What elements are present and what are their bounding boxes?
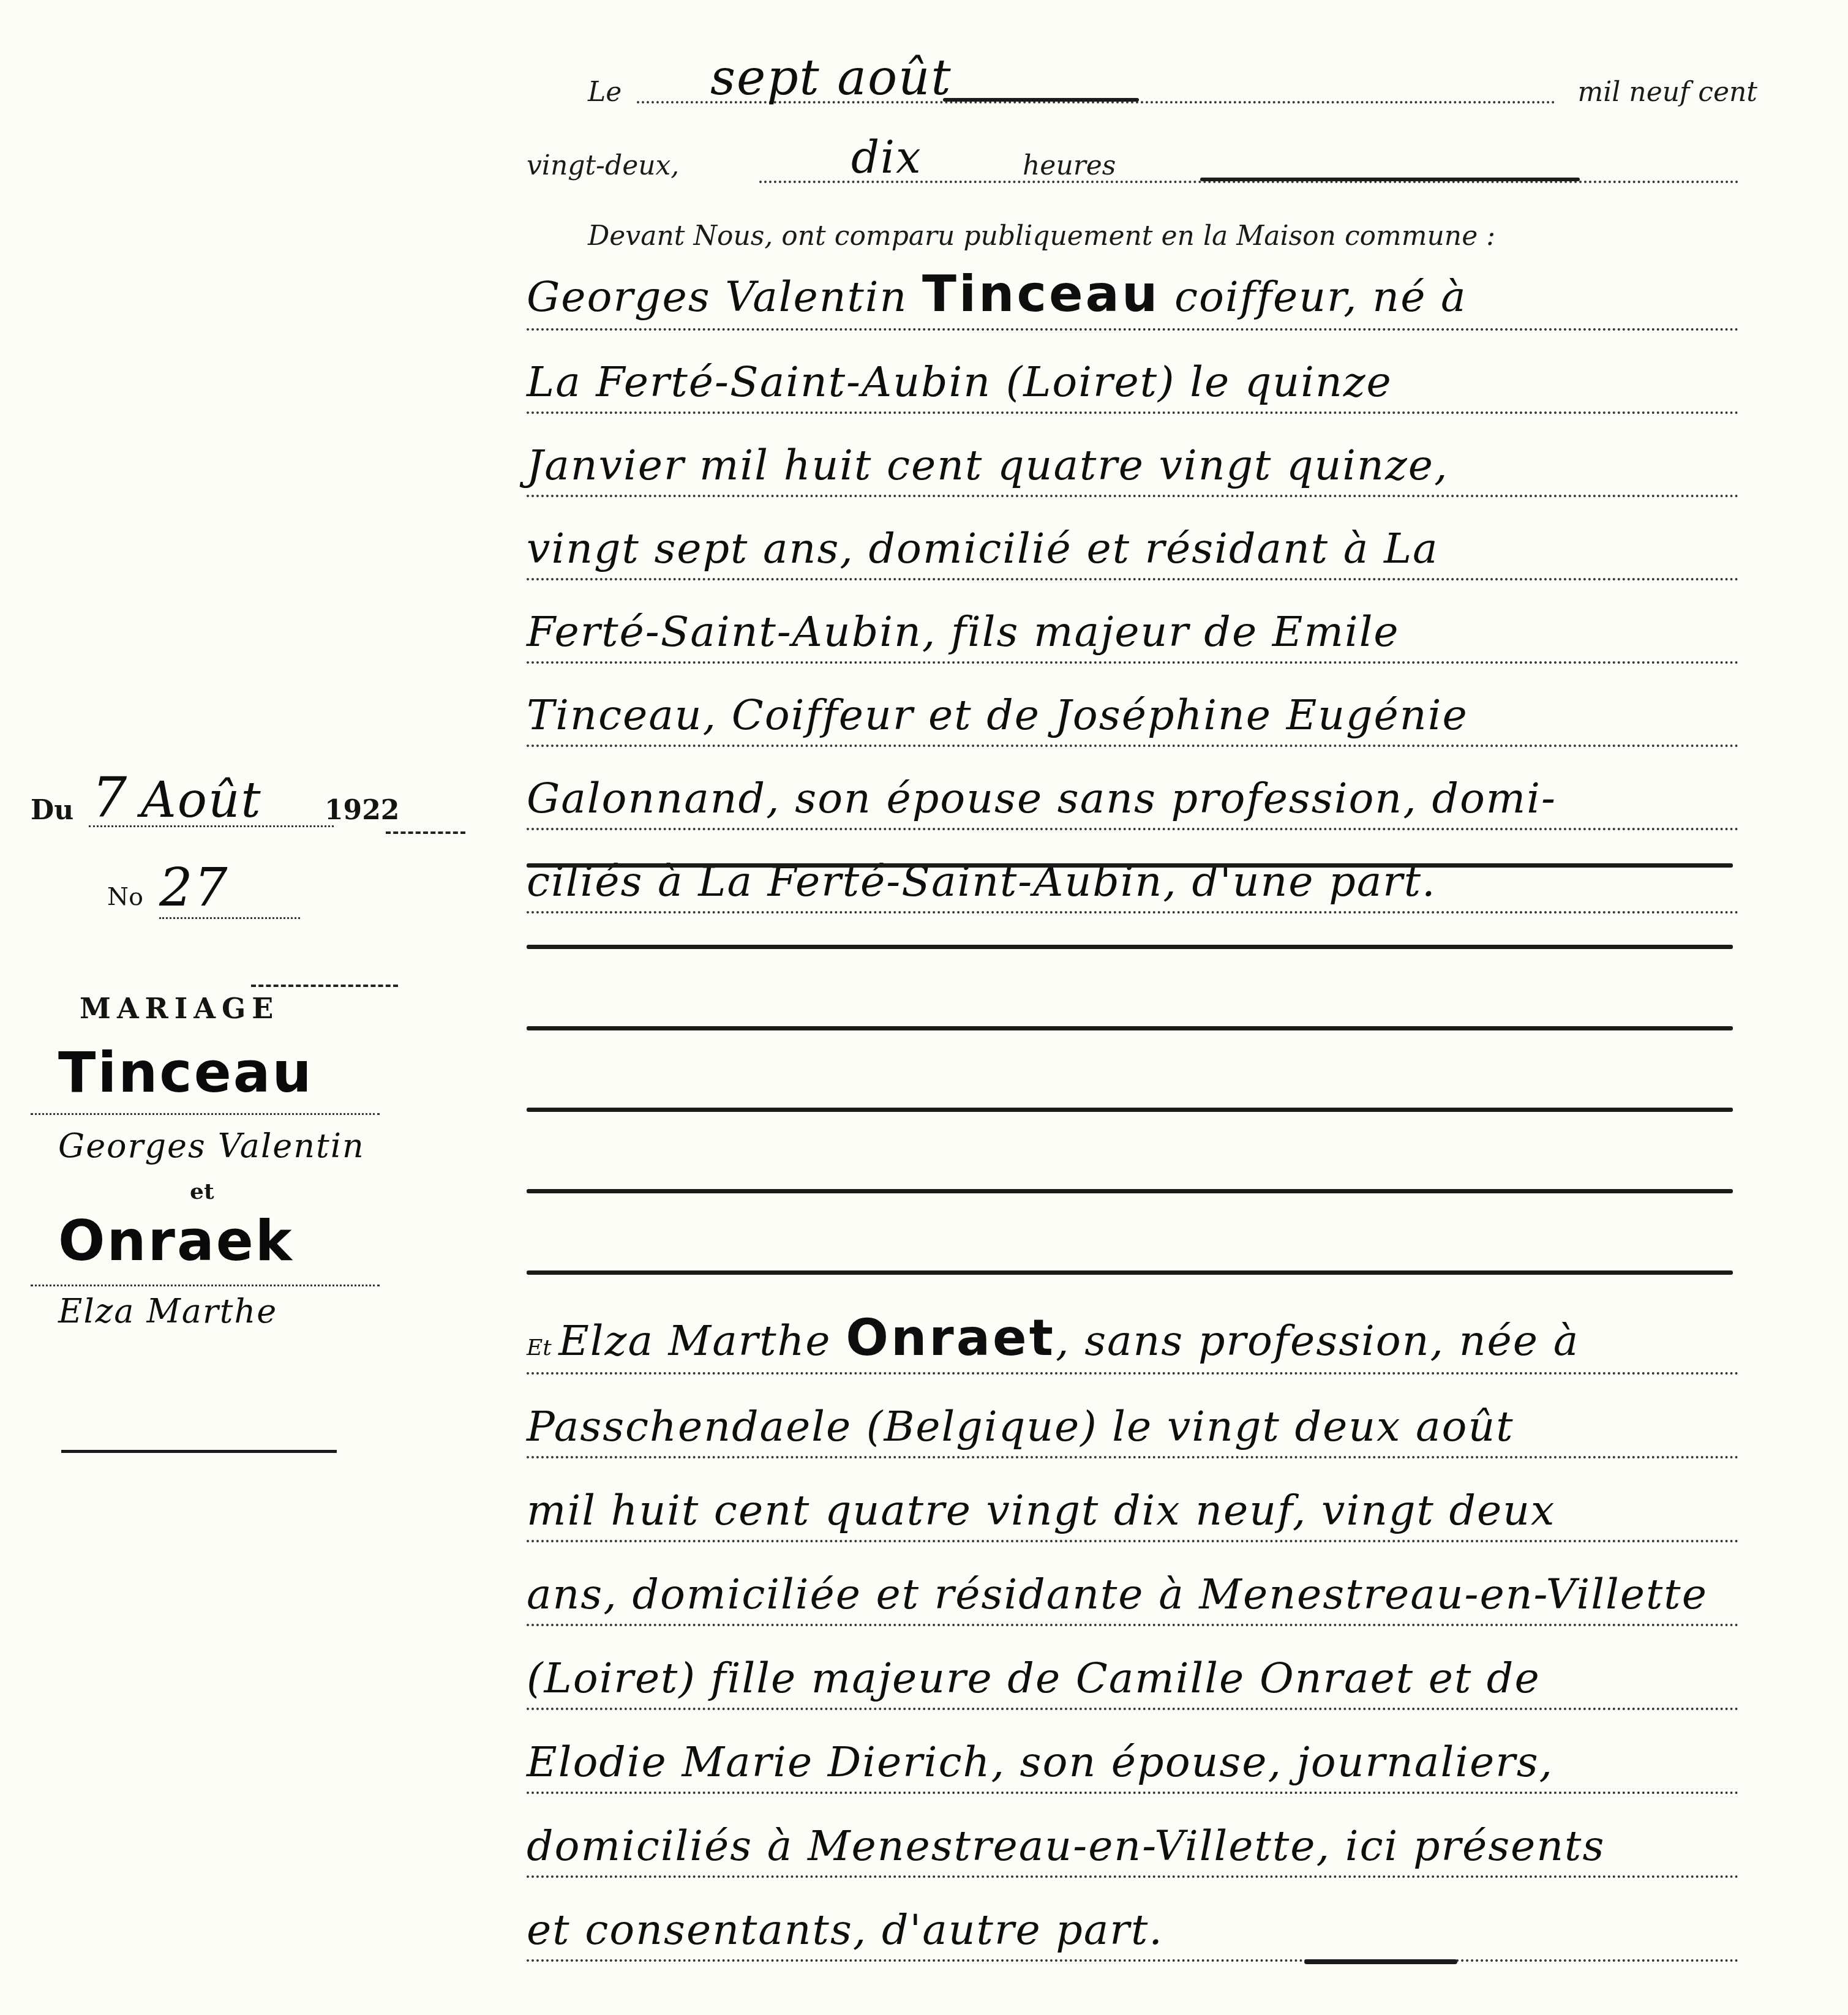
handwritten-line: ciliés à La Ferté-Saint-Aubin, d'une par… — [527, 840, 1739, 914]
fill-line — [527, 578, 1739, 580]
date-line: Le sept août mil neuf cent — [588, 49, 1751, 110]
fill-line — [527, 1372, 1739, 1375]
fill-line — [527, 1540, 1739, 1542]
year-prefix: mil neuf cent — [1577, 77, 1757, 108]
handwritten-line: Passchendaele (Belgique) le vingt deux a… — [527, 1385, 1739, 1458]
handwritten-line: et consentants, d'autre part. — [527, 1888, 1739, 1962]
handwritten-line: Et Elza Marthe Onraet, sans profession, … — [527, 1301, 1739, 1375]
handwritten-line: Galonnand, son épouse sans profession, d… — [527, 757, 1739, 830]
handwritten-line: Georges Valentin Tinceau coiffeur, né à — [527, 257, 1739, 331]
bride-given-names: Elza Marthe — [58, 1292, 277, 1330]
fill-line — [527, 1959, 1739, 1962]
hour-line: vingt-deux, dix heures — [527, 132, 1751, 193]
fill-line — [527, 1456, 1739, 1458]
act-number: No 27 — [107, 857, 321, 925]
closing-rule — [61, 1450, 337, 1453]
fill-line — [527, 1792, 1739, 1794]
fill-line — [527, 411, 1739, 414]
act-month: Août — [141, 771, 262, 828]
handwritten-line: mil huit cent quatre vingt dix neuf, vin… — [527, 1469, 1739, 1542]
strike-rule — [943, 98, 1139, 102]
act-type: MARIAGE — [80, 992, 279, 1025]
handwritten-line: La Ferté-Saint-Aubin (Loiret) le quinze — [527, 340, 1739, 414]
fill-line — [527, 1624, 1739, 1626]
handwritten-line: Elodie Marie Dierich, son épouse, journa… — [527, 1720, 1739, 1794]
strike-rule — [1200, 178, 1580, 181]
blank-rule — [527, 1108, 1733, 1112]
hours-label: heures — [1023, 150, 1116, 181]
margin-summary: Du 7 Août 1922 No 27 MARIAGE Tinceau Geo… — [0, 0, 490, 2015]
no-label: No — [107, 883, 143, 911]
et-label: et — [190, 1179, 214, 1204]
act-year: 1922 — [325, 795, 399, 826]
fill-line — [527, 495, 1739, 497]
fill-line — [527, 745, 1739, 747]
blank-rule — [527, 1270, 1733, 1275]
act-date: Du 7 Août 1922 — [31, 765, 459, 839]
handwritten-line: ans, domiciliée et résidante à Menestrea… — [527, 1553, 1739, 1626]
date-written: sept août — [710, 49, 952, 106]
surname: Onraet — [846, 1309, 1056, 1367]
intro-text: Devant Nous, ont comparu publiquement en… — [588, 220, 1495, 252]
year-suffix: vingt-deux, — [527, 150, 679, 181]
act-day: 7 — [92, 765, 128, 830]
dash-rule — [251, 985, 398, 987]
handwritten-line: Ferté-Saint-Aubin, fils majeur de Emile — [527, 590, 1739, 664]
fill-line — [527, 661, 1739, 664]
dash-rule — [386, 831, 465, 834]
le-label: Le — [588, 77, 622, 108]
blank-rule — [527, 945, 1733, 949]
handwritten-line: (Loiret) fille majeure de Camille Onraet… — [527, 1637, 1739, 1710]
register-entry: Le sept août mil neuf cent vingt-deux, d… — [520, 0, 1848, 2015]
surname: Tinceau — [922, 265, 1160, 323]
fill-line — [31, 1285, 380, 1286]
bride-surname: Onraek — [58, 1209, 294, 1274]
hour-written: dix — [851, 132, 922, 183]
groom-surname: Tinceau — [58, 1041, 314, 1105]
fill-line — [527, 828, 1739, 830]
fill-line — [527, 328, 1739, 331]
handwritten-line: domiciliés à Menestreau-en-Villette, ici… — [527, 1804, 1739, 1878]
handwritten-line: vingt sept ans, domicilié et résidant à … — [527, 507, 1739, 580]
number-value: 27 — [159, 857, 228, 918]
du-label: Du — [31, 795, 73, 826]
closing-rule — [1304, 1959, 1457, 1964]
fill-line — [31, 1113, 380, 1115]
blank-rule — [527, 1189, 1733, 1193]
fill-line — [527, 1875, 1739, 1878]
fill-line — [527, 911, 1739, 914]
handwritten-line: Tinceau, Coiffeur et de Joséphine Eugéni… — [527, 674, 1739, 747]
groom-given-names: Georges Valentin — [58, 1127, 365, 1165]
fill-line — [527, 1708, 1739, 1710]
blank-rule — [527, 1026, 1733, 1030]
handwritten-line: Janvier mil huit cent quatre vingt quinz… — [527, 424, 1739, 497]
blank-rule — [527, 863, 1733, 868]
